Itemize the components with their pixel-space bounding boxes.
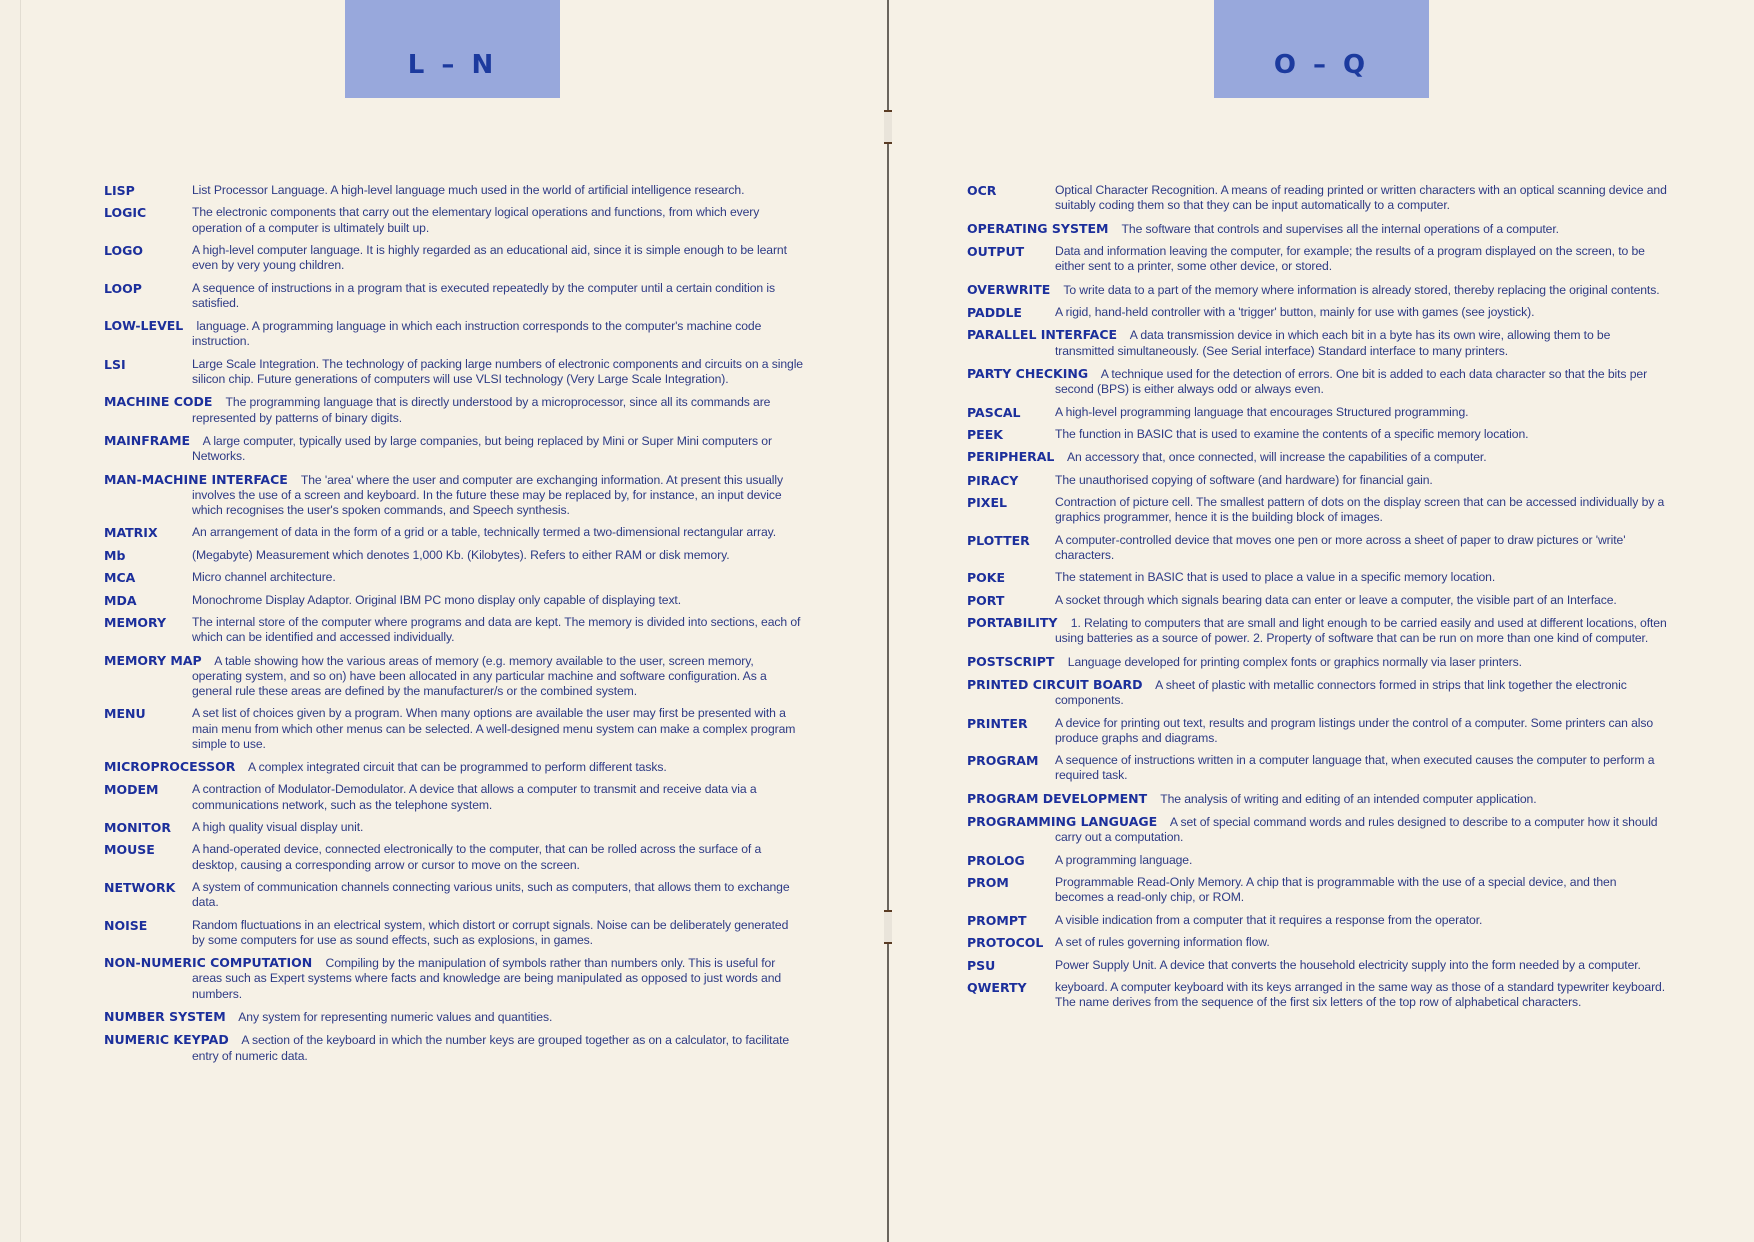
glossary-entry: LOW-LEVEL language. A programming langua…	[104, 318, 804, 349]
glossary-definition: A rigid, hand-held controller with a 'tr…	[1055, 305, 1534, 319]
glossary-entry: PLOTTERA computer-controlled device that…	[967, 533, 1667, 563]
glossary-term: PRINTER	[967, 716, 1028, 731]
glossary-term: MAINFRAME	[104, 433, 190, 448]
glossary-term: NETWORK	[104, 880, 175, 895]
glossary-definition: A sequence of instructions written in a …	[1055, 753, 1654, 782]
glossary-term: PARTY CHECKING	[967, 366, 1088, 381]
glossary-definition: Programmable Read-Only Memory. A chip th…	[1055, 875, 1616, 904]
glossary-entry: NUMERIC KEYPAD A section of the keyboard…	[104, 1032, 804, 1063]
glossary-entry: PRINTED CIRCUIT BOARD A sheet of plastic…	[967, 677, 1667, 708]
glossary-definition: A programming language.	[1055, 853, 1192, 867]
section-heading: O – Q	[1274, 50, 1369, 80]
glossary-term: PLOTTER	[967, 533, 1030, 548]
glossary-term: MEMORY	[104, 615, 166, 630]
glossary-term: PROGRAM DEVELOPMENT	[967, 791, 1147, 806]
glossary-term: OVERWRITE	[967, 282, 1050, 297]
glossary-definition: A complex integrated circuit that can be…	[248, 760, 667, 774]
glossary-entry: NUMBER SYSTEM Any system for representin…	[104, 1009, 804, 1025]
glossary-definition: The programming language that is directl…	[192, 395, 770, 424]
glossary-definition: The internal store of the computer where…	[192, 615, 800, 644]
glossary-term: PIRACY	[967, 473, 1018, 488]
glossary-term: MAN-MACHINE INTERFACE	[104, 472, 288, 487]
glossary-term: MACHINE CODE	[104, 394, 212, 409]
glossary-entry: PORTABILITY 1. Relating to computers tha…	[967, 615, 1667, 646]
glossary-entry: NOISERandom fluctuations in an electrica…	[104, 918, 804, 948]
glossary-entry: PEEKThe function in BASIC that is used t…	[967, 427, 1667, 442]
glossary-definition: A sequence of instructions in a program …	[192, 281, 775, 310]
glossary-term: LOGIC	[104, 205, 146, 220]
glossary-definition: Language developed for printing complex …	[1068, 655, 1522, 669]
glossary-entry: PIRACYThe unauthorised copying of softwa…	[967, 473, 1667, 488]
glossary-definition: Contraction of picture cell. The smalles…	[1055, 495, 1664, 524]
glossary-entry: OCROptical Character Recognition. A mean…	[967, 183, 1667, 213]
section-heading: L – N	[408, 50, 497, 80]
glossary-entry: MATRIXAn arrangement of data in the form…	[104, 525, 804, 540]
glossary-entry: PARTY CHECKING A technique used for the …	[967, 366, 1667, 397]
glossary-term: LOGO	[104, 243, 143, 258]
glossary-entry: MICROPROCESSOR A complex integrated circ…	[104, 759, 804, 775]
glossary-term: OCR	[967, 183, 996, 198]
glossary-term: PSU	[967, 958, 995, 973]
glossary-entry: MDAMonochrome Display Adaptor. Original …	[104, 593, 804, 608]
glossary-entry: PROGRAM DEVELOPMENT The analysis of writ…	[967, 791, 1667, 807]
glossary-definition: The unauthorised copying of software (an…	[1055, 473, 1433, 487]
glossary-entry: PROGRAMA sequence of instructions writte…	[967, 753, 1667, 783]
glossary-term: PROTOCOL	[967, 935, 1043, 950]
glossary-entry: POKEThe statement in BASIC that is used …	[967, 570, 1667, 585]
glossary-entry: PORTA socket through which signals beari…	[967, 593, 1667, 608]
glossary-definition: A high quality visual display unit.	[192, 820, 363, 834]
glossary-definition: A visible indication from a computer tha…	[1055, 913, 1482, 927]
glossary-term: LISP	[104, 183, 135, 198]
glossary-definition: A table showing how the various areas of…	[192, 654, 767, 698]
glossary-entry: LSILarge Scale Integration. The technolo…	[104, 357, 804, 387]
glossary-definition: A high-level programming language that e…	[1055, 405, 1468, 419]
glossary-term: PORT	[967, 593, 1004, 608]
glossary-term: NUMBER SYSTEM	[104, 1009, 226, 1024]
glossary-entry: POSTSCRIPT Language developed for printi…	[967, 654, 1667, 670]
staple-top	[884, 110, 892, 144]
glossary-definition: A hand-operated device, connected electr…	[192, 842, 761, 871]
glossary-definition: A section of the keyboard in which the n…	[192, 1033, 789, 1062]
glossary-term: NOISE	[104, 918, 147, 933]
glossary-definition: Optical Character Recognition. A means o…	[1055, 183, 1667, 212]
glossary-definition: A contraction of Modulator-Demodulator. …	[192, 782, 757, 811]
glossary-entry: Mb(Megabyte) Measurement which denotes 1…	[104, 548, 804, 563]
glossary-definition: The statement in BASIC that is used to p…	[1055, 570, 1495, 584]
glossary-entry: MEMORYThe internal store of the computer…	[104, 615, 804, 645]
glossary-definition: Data and information leaving the compute…	[1055, 244, 1645, 273]
glossary-definition: A system of communication channels conne…	[192, 880, 790, 909]
glossary-definition: A data transmission device in which each…	[1055, 328, 1610, 357]
glossary-entry: LISPList Processor Language. A high-leve…	[104, 183, 804, 198]
glossary-definition: Any system for representing numeric valu…	[238, 1010, 552, 1024]
glossary-entry: PASCALA high-level programming language …	[967, 405, 1667, 420]
glossary-entry: OUTPUTData and information leaving the c…	[967, 244, 1667, 274]
glossary-definition: A set of rules governing information flo…	[1055, 935, 1270, 949]
glossary-term: PARALLEL INTERFACE	[967, 327, 1117, 342]
glossary-term: PERIPHERAL	[967, 449, 1054, 464]
glossary-definition: keyboard. A computer keyboard with its k…	[1055, 980, 1665, 1009]
glossary-term: MENU	[104, 706, 146, 721]
glossary-entry: MCAMicro channel architecture.	[104, 570, 804, 585]
glossary-term: LSI	[104, 357, 126, 372]
glossary-term: PASCAL	[967, 405, 1021, 420]
glossary-definition: A socket through which signals bearing d…	[1055, 593, 1617, 607]
glossary-term: MCA	[104, 570, 135, 585]
section-tab-o-q: O – Q	[1214, 0, 1429, 98]
glossary-entry: PARALLEL INTERFACE A data transmission d…	[967, 327, 1667, 358]
glossary-entry: LOGOA high-level computer language. It i…	[104, 243, 804, 273]
glossary-definition: A high-level computer language. It is hi…	[192, 243, 787, 272]
glossary-definition: A device for printing out text, results …	[1055, 716, 1653, 745]
glossary-term: PROGRAMMING LANGUAGE	[967, 814, 1157, 829]
glossary-definition: A set list of choices given by a program…	[192, 706, 795, 750]
glossary-definition: A technique used for the detection of er…	[1055, 367, 1647, 396]
glossary-term: QWERTY	[967, 980, 1027, 995]
glossary-entry: MOUSEA hand-operated device, connected e…	[104, 842, 804, 872]
glossary-definition: A large computer, typically used by larg…	[192, 434, 772, 463]
glossary-term: NUMERIC KEYPAD	[104, 1032, 229, 1047]
glossary-entry: NETWORKA system of communication channel…	[104, 880, 804, 910]
glossary-definition: (Megabyte) Measurement which denotes 1,0…	[192, 548, 729, 562]
staple-bottom	[884, 910, 892, 944]
glossary-term: LOOP	[104, 281, 142, 296]
glossary-definition: 1. Relating to computers that are small …	[1055, 616, 1667, 645]
book-spine	[887, 0, 889, 1242]
glossary-term: PROMPT	[967, 913, 1027, 928]
glossary-entry: MACHINE CODE The programming language th…	[104, 394, 804, 425]
glossary-list-left: LISPList Processor Language. A high-leve…	[104, 183, 804, 1071]
glossary-definition: Large Scale Integration. The technology …	[192, 357, 803, 386]
glossary-definition: The analysis of writing and editing of a…	[1160, 792, 1536, 806]
glossary-term: MONITOR	[104, 820, 171, 835]
glossary-entry: PIXELContraction of picture cell. The sm…	[967, 495, 1667, 525]
book-spread: L – N O – Q LISPList Processor Language.…	[0, 0, 1754, 1242]
glossary-definition: The software that controls and supervise…	[1122, 222, 1559, 236]
glossary-term: LOW-LEVEL	[104, 318, 183, 333]
glossary-entry: PERIPHERAL An accessory that, once conne…	[967, 449, 1667, 465]
glossary-entry: LOOPA sequence of instructions in a prog…	[104, 281, 804, 311]
glossary-entry: NON-NUMERIC COMPUTATION Compiling by the…	[104, 955, 804, 1002]
glossary-term: PRINTED CIRCUIT BOARD	[967, 677, 1143, 692]
glossary-term: PROGRAM	[967, 753, 1038, 768]
glossary-entry: MENUA set list of choices given by a pro…	[104, 706, 804, 752]
glossary-entry: PSUPower Supply Unit. A device that conv…	[967, 958, 1667, 973]
glossary-term: PADDLE	[967, 305, 1022, 320]
glossary-entry: PADDLEA rigid, hand-held controller with…	[967, 305, 1667, 320]
glossary-entry: PROGRAMMING LANGUAGE A set of special co…	[967, 814, 1667, 845]
glossary-term: OPERATING SYSTEM	[967, 221, 1108, 236]
glossary-entry: MONITORA high quality visual display uni…	[104, 820, 804, 835]
glossary-term: POKE	[967, 570, 1005, 585]
glossary-definition: The function in BASIC that is used to ex…	[1055, 427, 1528, 441]
glossary-entry: LOGICThe electronic components that carr…	[104, 205, 804, 235]
glossary-term: POSTSCRIPT	[967, 654, 1054, 669]
glossary-term: NON-NUMERIC COMPUTATION	[104, 955, 312, 970]
glossary-entry: MAINFRAME A large computer, typically us…	[104, 433, 804, 464]
glossary-definition: List Processor Language. A high-level la…	[192, 183, 744, 197]
glossary-definition: Micro channel architecture.	[192, 570, 336, 584]
glossary-entry: PROLOGA programming language.	[967, 853, 1667, 868]
glossary-entry: MEMORY MAP A table showing how the vario…	[104, 653, 804, 700]
glossary-entry: PROMPTA visible indication from a comput…	[967, 913, 1667, 928]
glossary-definition: Power Supply Unit. A device that convert…	[1055, 958, 1641, 972]
glossary-entry: MAN-MACHINE INTERFACE The 'area' where t…	[104, 472, 804, 519]
glossary-entry: MODEMA contraction of Modulator-Demodula…	[104, 782, 804, 812]
glossary-entry: PRINTERA device for printing out text, r…	[967, 716, 1667, 746]
glossary-entry: QWERTYkeyboard. A computer keyboard with…	[967, 980, 1667, 1010]
glossary-term: PROLOG	[967, 853, 1025, 868]
glossary-term: Mb	[104, 548, 125, 563]
glossary-list-right: OCROptical Character Recognition. A mean…	[967, 183, 1667, 1018]
glossary-definition: An arrangement of data in the form of a …	[192, 525, 776, 539]
glossary-definition: Monochrome Display Adaptor. Original IBM…	[192, 593, 681, 607]
glossary-term: MATRIX	[104, 525, 158, 540]
glossary-definition: language. A programming language in whic…	[192, 319, 761, 348]
glossary-term: PEEK	[967, 427, 1003, 442]
glossary-term: PIXEL	[967, 495, 1007, 510]
glossary-term: OUTPUT	[967, 244, 1024, 259]
glossary-definition: To write data to a part of the memory wh…	[1063, 283, 1659, 297]
glossary-definition: Random fluctuations in an electrical sys…	[192, 918, 788, 947]
glossary-entry: OVERWRITE To write data to a part of the…	[967, 282, 1667, 298]
glossary-entry: PROTOCOLA set of rules governing informa…	[967, 935, 1667, 950]
glossary-definition: A computer-controlled device that moves …	[1055, 533, 1625, 562]
glossary-term: MOUSE	[104, 842, 155, 857]
glossary-term: MODEM	[104, 782, 158, 797]
glossary-term: MICROPROCESSOR	[104, 759, 235, 774]
glossary-definition: The electronic components that carry out…	[192, 205, 759, 234]
glossary-term: PORTABILITY	[967, 615, 1057, 630]
section-tab-l-n: L – N	[345, 0, 560, 98]
glossary-definition: An accessory that, once connected, will …	[1067, 450, 1486, 464]
glossary-term: MEMORY MAP	[104, 653, 202, 668]
glossary-term: PROM	[967, 875, 1009, 890]
glossary-term: MDA	[104, 593, 137, 608]
glossary-entry: PROMProgrammable Read-Only Memory. A chi…	[967, 875, 1667, 905]
glossary-entry: OPERATING SYSTEM The software that contr…	[967, 221, 1667, 237]
